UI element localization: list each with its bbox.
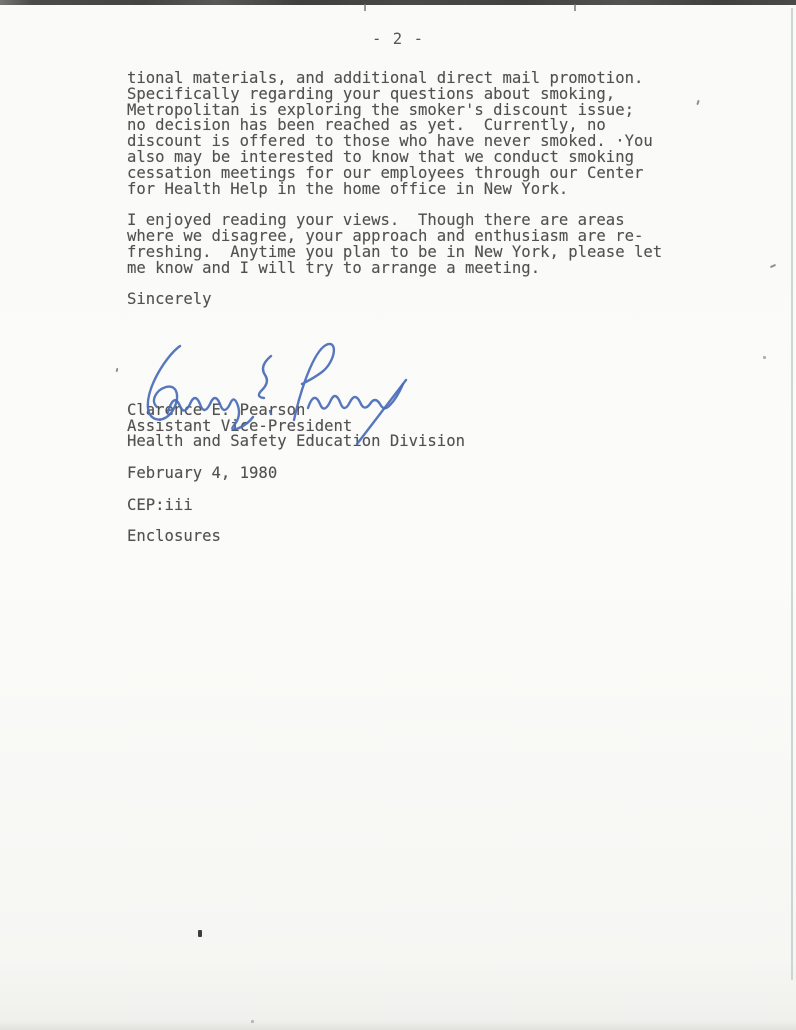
- closing-line: Sincerely: [127, 292, 707, 308]
- body-paragraph-2: I enjoyed reading your views. Though the…: [127, 213, 707, 276]
- scan-tick-artifact: [364, 4, 366, 11]
- handwritten-signature: [118, 334, 418, 446]
- letter-page: - 2 - tional materials, and additional d…: [0, 0, 796, 1030]
- page-number: - 2 -: [0, 30, 796, 48]
- scan-edge-top-artifact: [0, 0, 796, 5]
- scan-speck-artifact: [770, 264, 776, 268]
- date-line: February 4, 1980: [127, 466, 707, 482]
- enclosures-line: Enclosures: [127, 529, 707, 545]
- scan-tick-artifact: [574, 4, 576, 11]
- reference-line: CEP:iii: [127, 498, 707, 514]
- scan-speck-artifact: [763, 356, 766, 359]
- body-paragraph-1: tional materials, and additional direct …: [127, 71, 707, 197]
- scan-edge-right-artifact: [791, 8, 793, 980]
- letter-body: tional materials, and additional direct …: [127, 71, 707, 545]
- scan-speck-artifact: [198, 930, 202, 937]
- bottom-paper-texture: [0, 1020, 796, 1030]
